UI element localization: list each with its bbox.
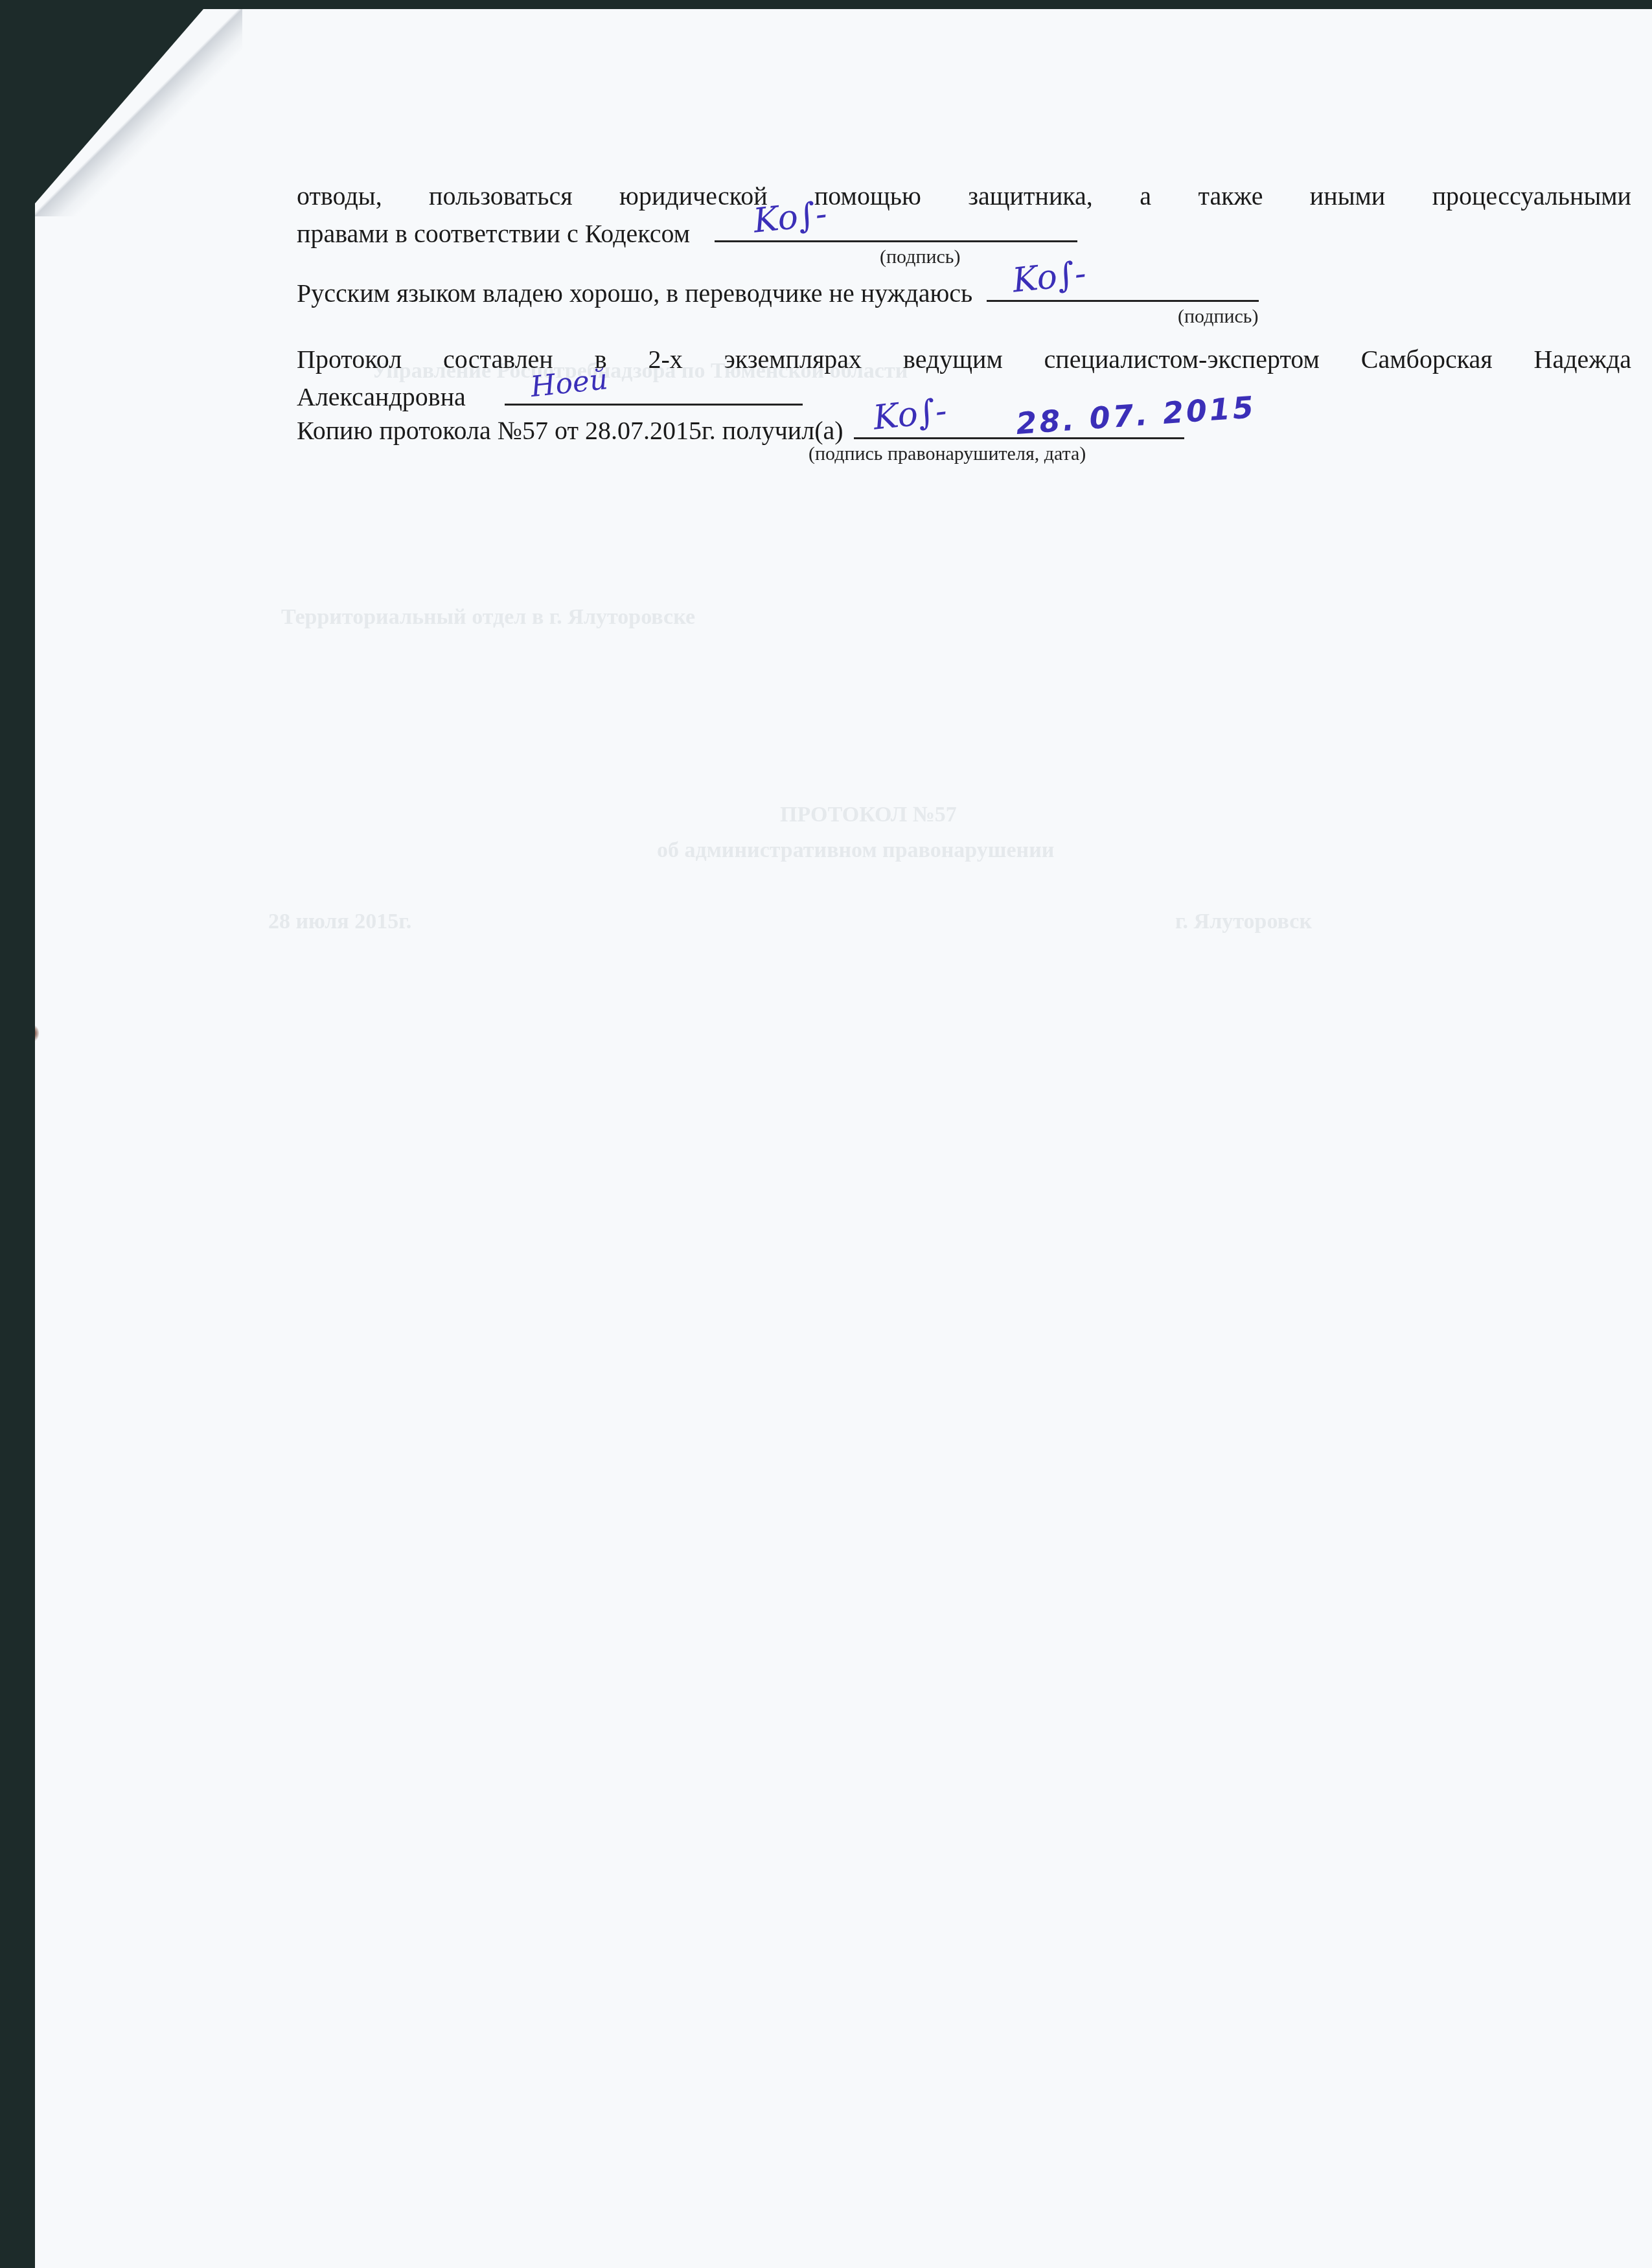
- rights-text: правами в соответствии с Кодексом: [297, 219, 690, 248]
- signature-field-inspector: Ноей: [505, 378, 803, 406]
- handwritten-signature: Ноей: [529, 363, 609, 405]
- bleed-through-text: 28 июля 2015г.: [268, 910, 411, 934]
- language-text: Русским языком владею хорошо, в переводч…: [297, 279, 972, 308]
- bleed-through-text: г. Ялуторовск: [1175, 910, 1312, 934]
- bleed-through-text: об административном правонарушении: [657, 838, 1054, 863]
- rights-signature-line: правами в соответствии с Кодексом Ko∫-: [297, 214, 1631, 248]
- handwritten-signature: Ko∫-: [1011, 253, 1088, 301]
- copy-received-line: Копию протокола №57 от 28.07.2015г. полу…: [297, 411, 1631, 445]
- inspector-name: Александровна: [297, 382, 466, 411]
- signature-caption: (подпись): [880, 246, 961, 269]
- copy-received-text: Копию протокола №57 от 28.07.2015г. полу…: [297, 416, 843, 445]
- bleed-through-text: ПРОТОКОЛ №57: [780, 803, 957, 827]
- signature-field-received: Ko∫- 28. 07. 2015: [854, 411, 1184, 439]
- handwritten-signature: Ko∫-: [751, 194, 829, 242]
- protocol-text: отводы, пользоваться юридической помощью…: [297, 181, 1631, 471]
- bleed-through-text: Территориальный отдел в г. Ялуторовске: [281, 605, 695, 630]
- rights-line: отводы, пользоваться юридической помощью…: [297, 181, 1631, 214]
- language-line: Русским языком владею хорошо, в переводч…: [297, 274, 1631, 308]
- stain-mark: [22, 1023, 39, 1044]
- compiled-by-line: Протокол составлен в 2-х экземплярах вед…: [297, 344, 1631, 378]
- signature-caption: (подпись): [1178, 305, 1259, 328]
- handwritten-signature: Ko∫-: [871, 391, 948, 439]
- folded-corner: [35, 9, 242, 216]
- inspector-line: Александровна Ноей: [297, 378, 1631, 411]
- document-page: Управление Роспотребнадзора по Тюменской…: [9, 9, 1652, 2268]
- signature-field-language: Ko∫-: [987, 274, 1259, 302]
- signature-field-rights: Ko∫-: [715, 214, 1077, 242]
- signature-caption: (подпись правонарушителя, дата): [809, 442, 1086, 466]
